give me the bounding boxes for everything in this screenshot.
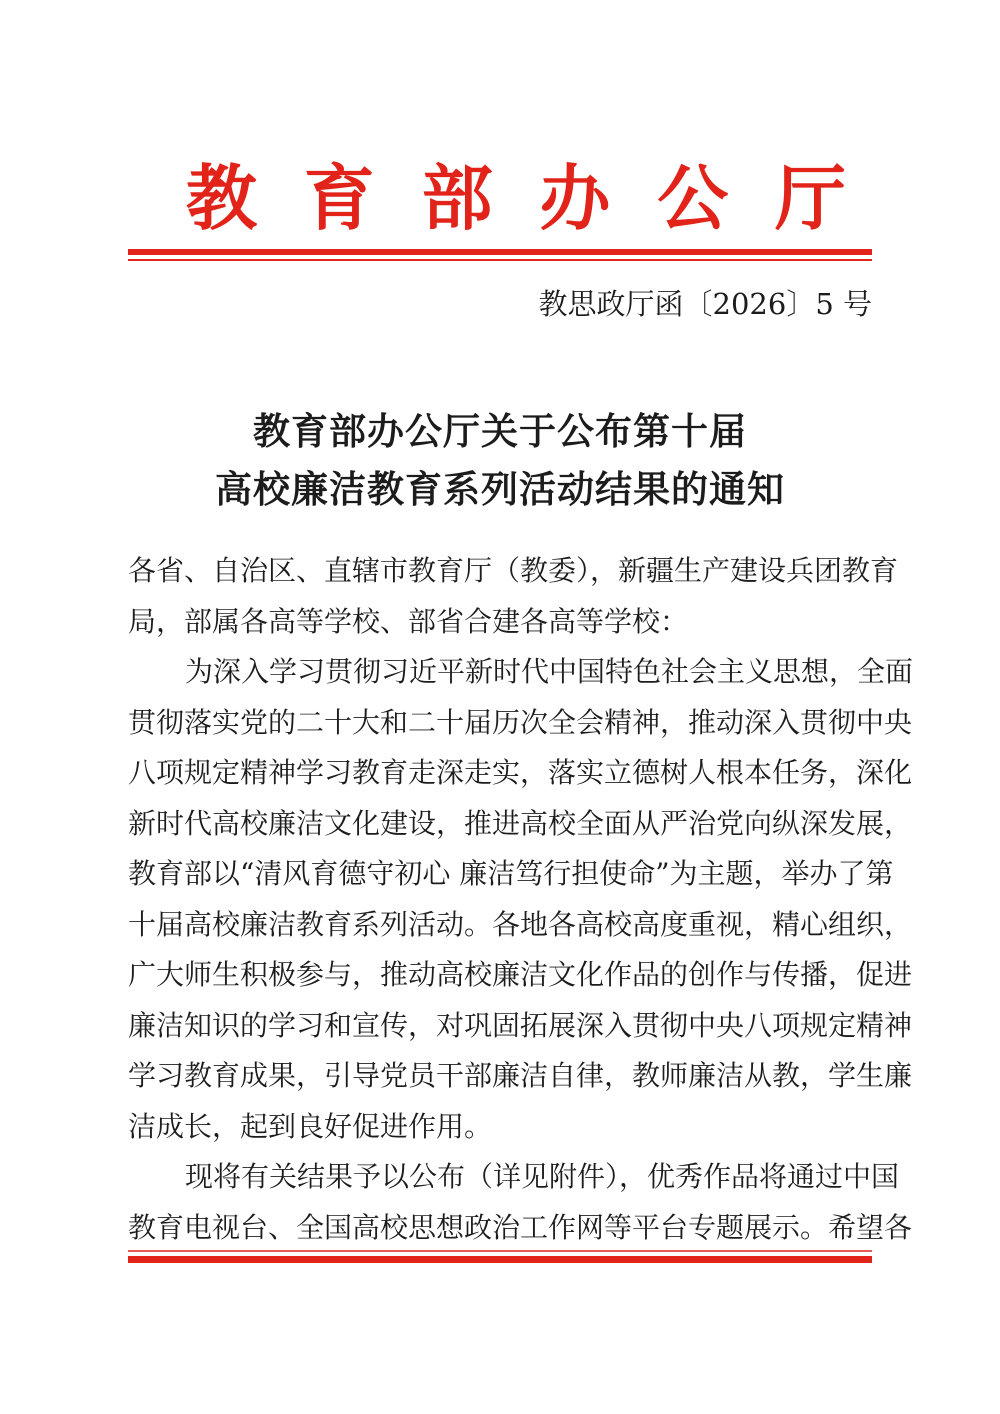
title-line-1: 教育部办公厅关于公布第十届 [128, 402, 872, 460]
body-line: 局，部属各高等学校、部省合建各高等学校： [128, 597, 872, 648]
document-title: 教育部办公厅关于公布第十届 高校廉洁教育系列活动结果的通知 [128, 402, 872, 518]
body-line: 教育电视台、全国高校思想政治工作网等平台专题展示。希望各 [128, 1203, 872, 1254]
body-line: 各省、自治区、直辖市教育厅（教委），新疆生产建设兵团教育 [128, 546, 872, 597]
body-line: 十届高校廉洁教育系列活动。各地各高校高度重视，精心组织， [128, 900, 872, 951]
header-rule-thick [128, 249, 872, 255]
agency-letterhead: 教育部办公厅 [186, 156, 846, 240]
body-line: 学习教育成果，引导党员干部廉洁自律，教师廉洁从教，学生廉 [128, 1051, 872, 1102]
body-line: 教育部以“清风育德守初心 廉洁笃行担使命”为主题，举办了第 [128, 849, 872, 900]
header-rule-thin [128, 259, 872, 261]
footer-rule-thick [128, 1256, 872, 1263]
title-line-2: 高校廉洁教育系列活动结果的通知 [128, 460, 872, 518]
body-line: 贯彻落实党的二十大和二十届历次全会精神，推动深入贯彻中央 [128, 698, 872, 749]
document-body: 各省、自治区、直辖市教育厅（教委），新疆生产建设兵团教育 局，部属各高等学校、部… [128, 546, 872, 1253]
body-line: 洁成长，起到良好促进作用。 [128, 1102, 872, 1153]
body-line: 现将有关结果予以公布（详见附件），优秀作品将通过中国 [128, 1152, 872, 1203]
body-line: 八项规定精神学习教育走深走实，落实立德树人根本任务，深化 [128, 748, 872, 799]
body-line: 新时代高校廉洁文化建设，推进高校全面从严治党向纵深发展， [128, 799, 872, 850]
body-line: 广大师生积极参与，推动高校廉洁文化作品的创作与传播，促进 [128, 950, 872, 1001]
doc-number: 教思政厅函〔2026〕5 号 [128, 284, 872, 324]
footer-rule-thin [128, 1250, 872, 1252]
body-line: 为深入学习贯彻习近平新时代中国特色社会主义思想，全面 [128, 647, 872, 698]
document-page: 教育部办公厅 教思政厅函〔2026〕5 号 教育部办公厅关于公布第十届 高校廉洁… [0, 0, 1000, 1414]
body-line: 廉洁知识的学习和宣传，对巩固拓展深入贯彻中央八项规定精神 [128, 1001, 872, 1052]
